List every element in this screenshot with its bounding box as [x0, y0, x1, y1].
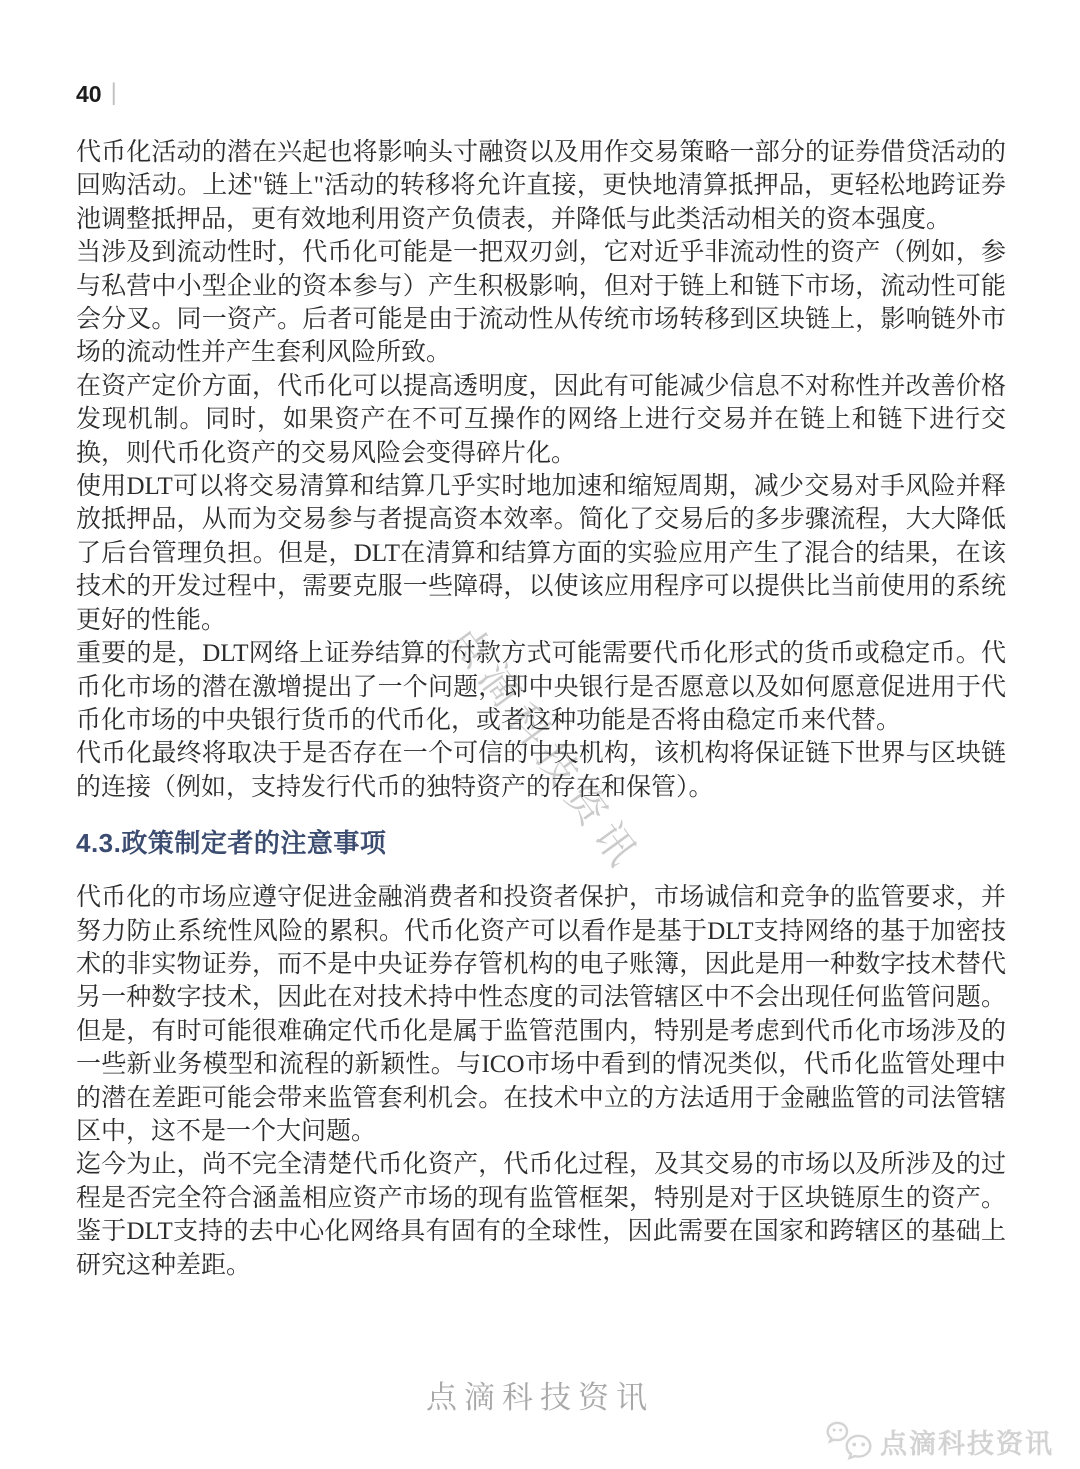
page-number-separator: |	[111, 79, 117, 107]
section-heading: 4.3.政策制定者的注意事项	[76, 826, 1006, 860]
paragraph: 代币化的市场应遵守促进金融消费者和投资者保护，市场诚信和竞争的监管要求，并努力防…	[76, 881, 1006, 1148]
paragraph: 当涉及到流动性时，代币化可能是一把双刃剑，它对近乎非流动性的资产（例如，参与私营…	[76, 236, 1006, 370]
paragraph: 迄今为止，尚不完全清楚代币化资产，代币化过程，及其交易的市场以及所涉及的过程是否…	[76, 1148, 1006, 1282]
footer-watermark: 点滴科技资讯	[0, 1372, 1080, 1417]
paragraph: 使用DLT可以将交易清算和结算几乎实时地加速和缩短周期，减少交易对手风险并释放抵…	[76, 470, 1006, 637]
page-number: 40	[76, 81, 102, 108]
brand-logo: 点滴科技资讯	[825, 1420, 1054, 1462]
paragraph: 在资产定价方面，代币化可以提高透明度，因此有可能减少信息不对称性并改善价格发现机…	[76, 370, 1006, 470]
document-page: 40 | 点滴科技资讯 代币化活动的潜在兴起也将影响头寸融资以及用作交易策略一部…	[0, 0, 1080, 1469]
page-header: 40 |	[76, 80, 117, 108]
document-body: 代币化活动的潜在兴起也将影响头寸融资以及用作交易策略一部分的证券借贷活动的回购活…	[76, 136, 1006, 1282]
paragraph: 代币化最终将取决于是否存在一个可信的中央机构，该机构将保证链下世界与区块链的连接…	[76, 737, 1006, 804]
brand-logo-text: 点滴科技资讯	[880, 1422, 1054, 1461]
wechat-icon	[825, 1420, 873, 1462]
paragraph: 代币化活动的潜在兴起也将影响头寸融资以及用作交易策略一部分的证券借贷活动的回购活…	[76, 136, 1006, 236]
paragraph: 重要的是，DLT网络上证券结算的付款方式可能需要代币化形式的货币或稳定币。代币化…	[76, 637, 1006, 737]
